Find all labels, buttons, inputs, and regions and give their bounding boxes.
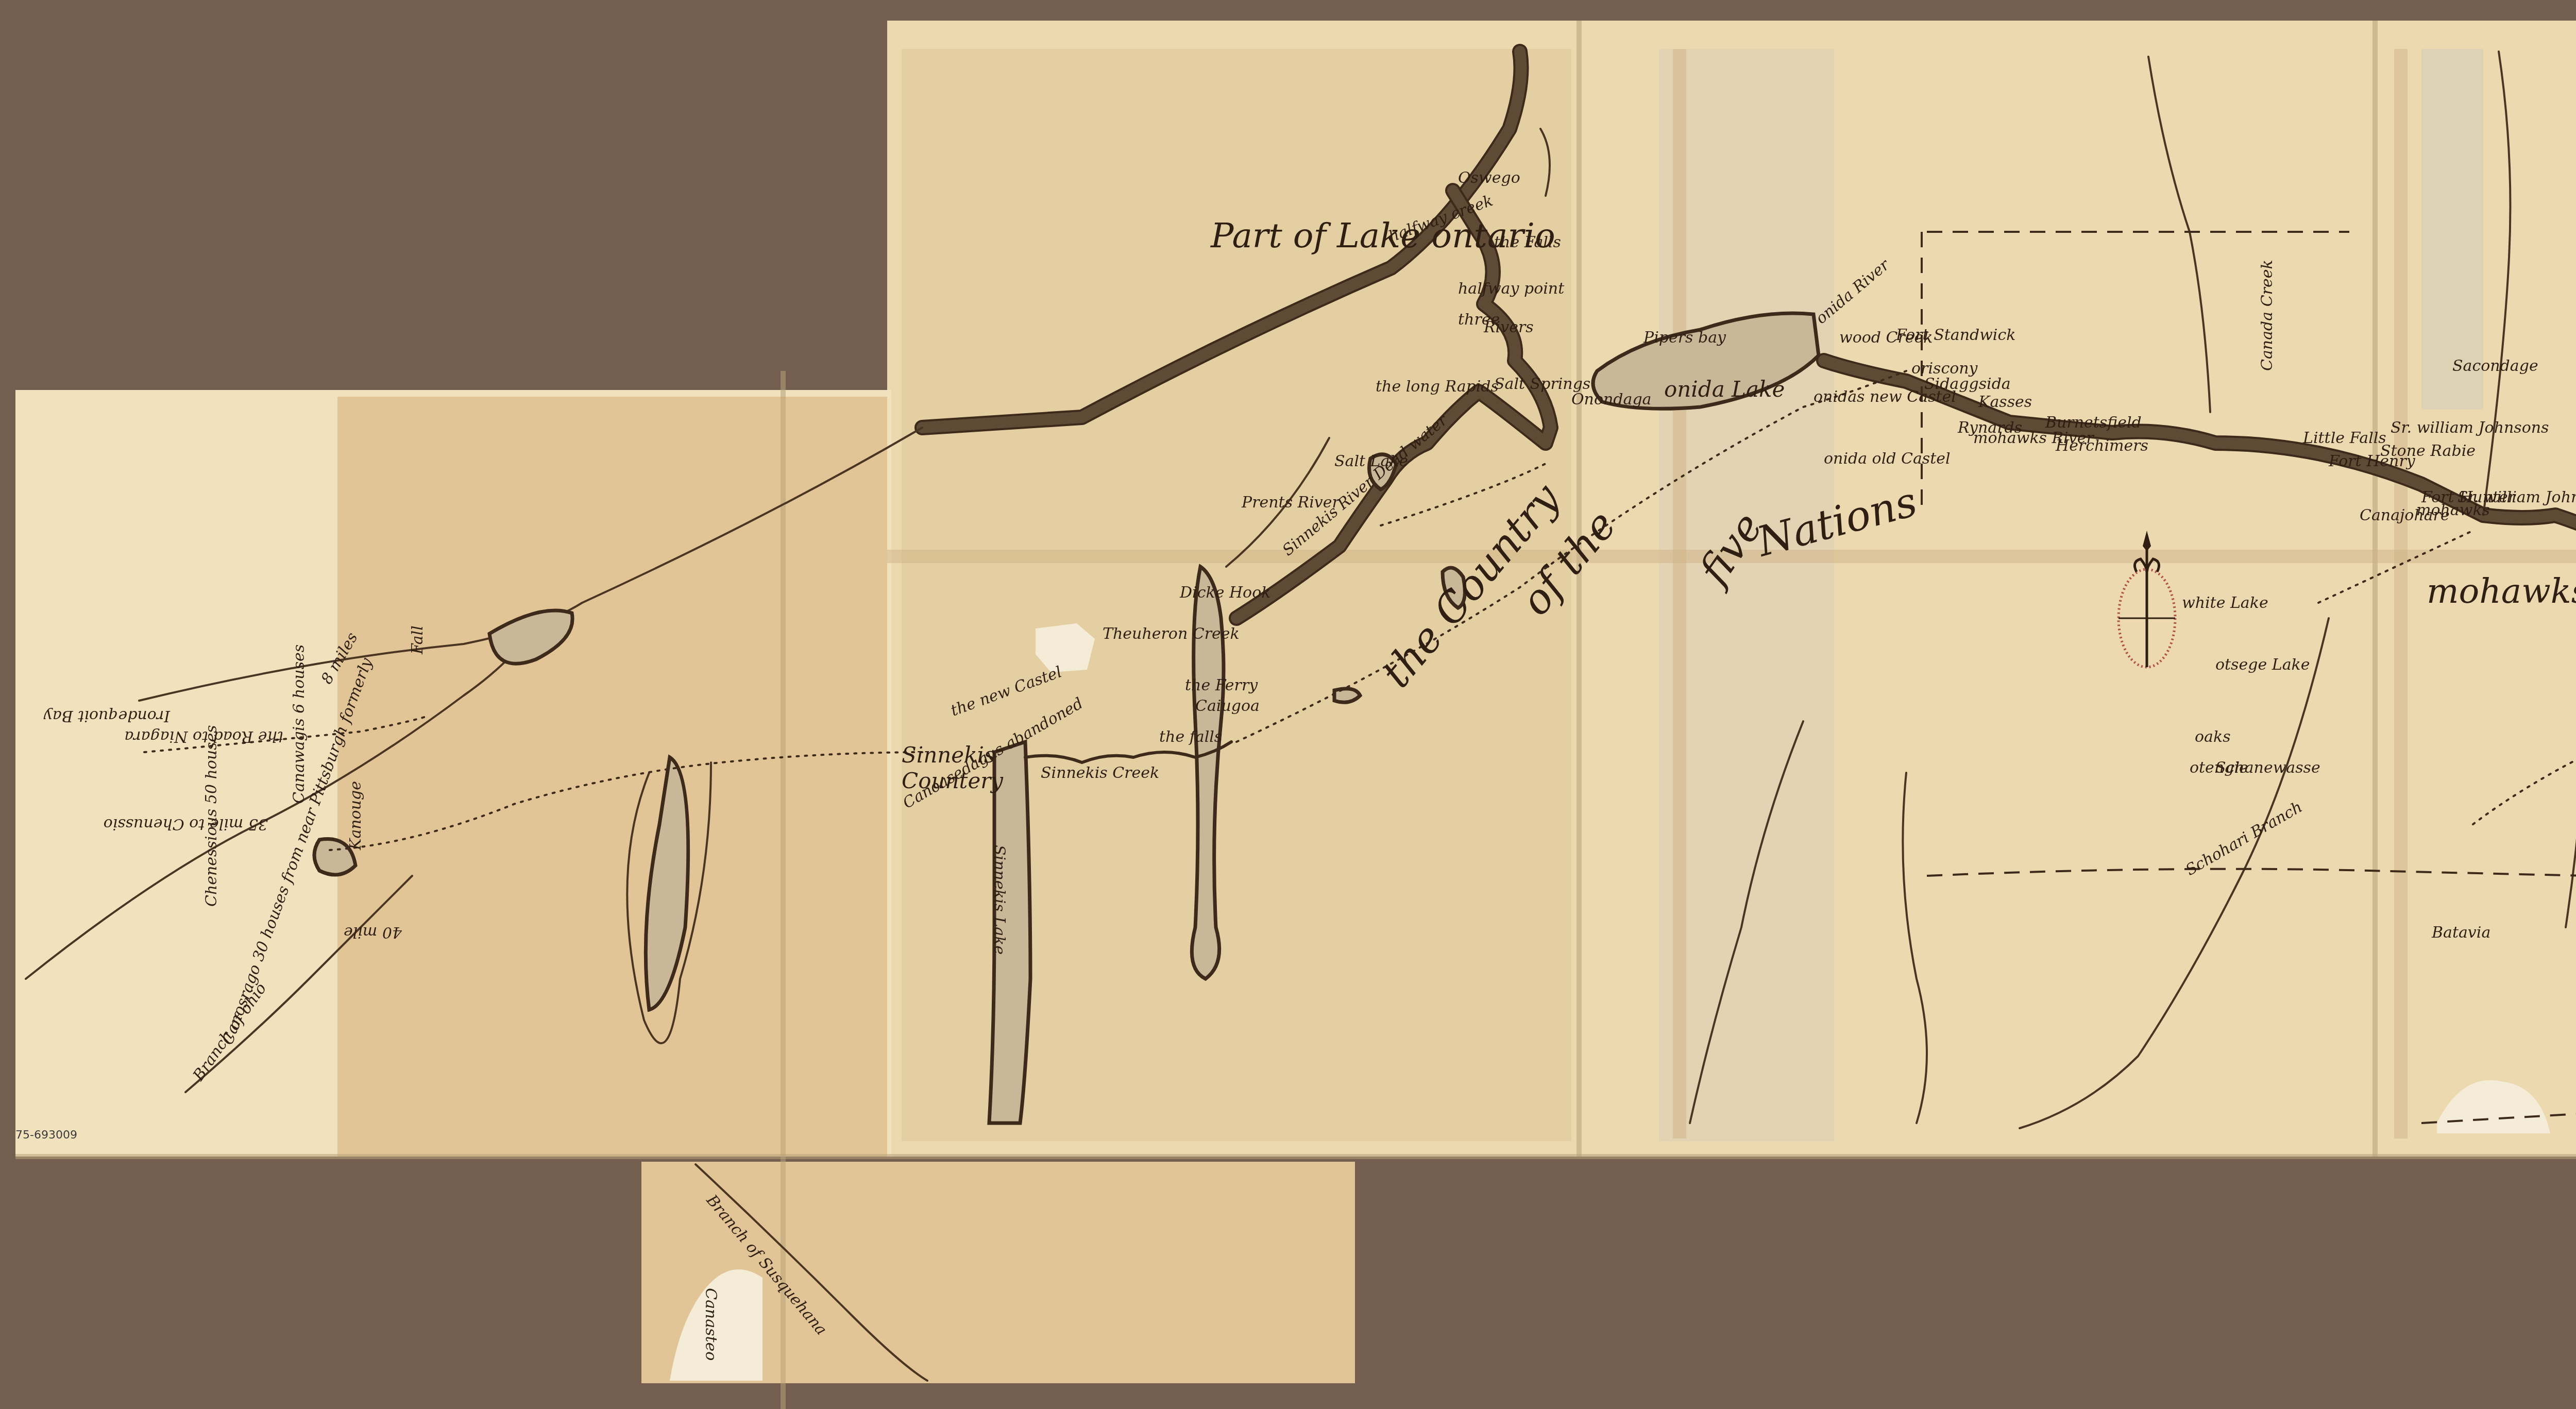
oaks-label: oaks [2195,728,2231,746]
canawagis-label: Canawagis 6 houses [290,644,308,804]
onondaga-label: Onondaga [1571,391,1651,409]
johnson-hall-label: Sr. william Johnsons [2391,419,2549,437]
stone-rabie-label: Stone Rabie [2380,442,2476,460]
theuheron-creek-label: Theuheron Creek [1103,625,1240,643]
oneida-old-castle-label: onida old Castel [1824,450,1951,468]
stain-area [2421,49,2483,410]
fall-label: Fall [409,625,427,655]
senecas-creek-label: Sinnekis Creek [1041,764,1159,782]
little-falls-label: Little Falls [2302,429,2386,447]
three-rivers-label: Rivers [1483,318,1534,336]
fort-stanwix-label: Fort Standwick [1895,326,2015,344]
sacondaga-label: Sacondage [2452,357,2538,375]
ferry-label: the Ferry [1185,676,1258,694]
seneca-lake-label: Sinnekis Lake [990,845,1008,955]
mohawks-label: mohawks [2416,501,2490,519]
oneida-lake-label: onida Lake [1664,377,1785,402]
burnetsfield-label: Burnetsfield [2045,414,2142,432]
sidaggsida-label: Sidaggsida [1924,375,2011,393]
the-falls-label: the Falls [1494,233,1561,251]
manuscript-map: Map Division. Library of Congress. 75-69… [0,0,2576,1409]
owasco-lake [1334,689,1360,703]
long-rapids-label: the long Rapids [1376,378,1499,396]
dicke-hook-label: Dicke Hook [1179,584,1270,602]
thirty-five-mile-label: 35 mile to Chenussio [104,815,268,833]
prents-river-label: Prents River [1241,494,1340,512]
pipers-bay-label: Pipers bay [1643,329,1726,347]
forty-mile-label: 40 mile [344,923,402,941]
white-lake-label: white Lake [2182,594,2268,612]
road-to-niagara-label: the Road to Niagara [124,727,283,745]
left-corner-patch [21,390,337,532]
batavia-label: Batavia [2431,924,2490,942]
falls-seneca-label: the falls [1159,728,1222,746]
kasses-label: Kasses [1978,393,2032,411]
halfway-point-label: halfway point [1458,280,1565,298]
left-inner-sheet [337,397,887,1157]
otsego-lake-label: otsege Lake [2215,656,2310,674]
schanewasse-label: Schanewasse [2215,759,2320,777]
catalog-number: 75-693009 [15,1129,77,1142]
herchimers-label: Herchimers [2055,437,2148,455]
canasteo-label: Canasteo [702,1288,720,1361]
kanouge-label: Kanouge [347,781,365,851]
cayuga-label: Caiugoa [1195,697,1260,715]
mohawks-country-label: mohawks Countery [2427,571,2576,611]
canada-creek-label: Canada Creek [2258,260,2276,371]
rynards-label: Rynards [1957,419,2022,437]
irondequoit-bay-label: Irondequoit Bay [43,707,171,725]
oswego-label: Oswego [1458,169,1520,187]
